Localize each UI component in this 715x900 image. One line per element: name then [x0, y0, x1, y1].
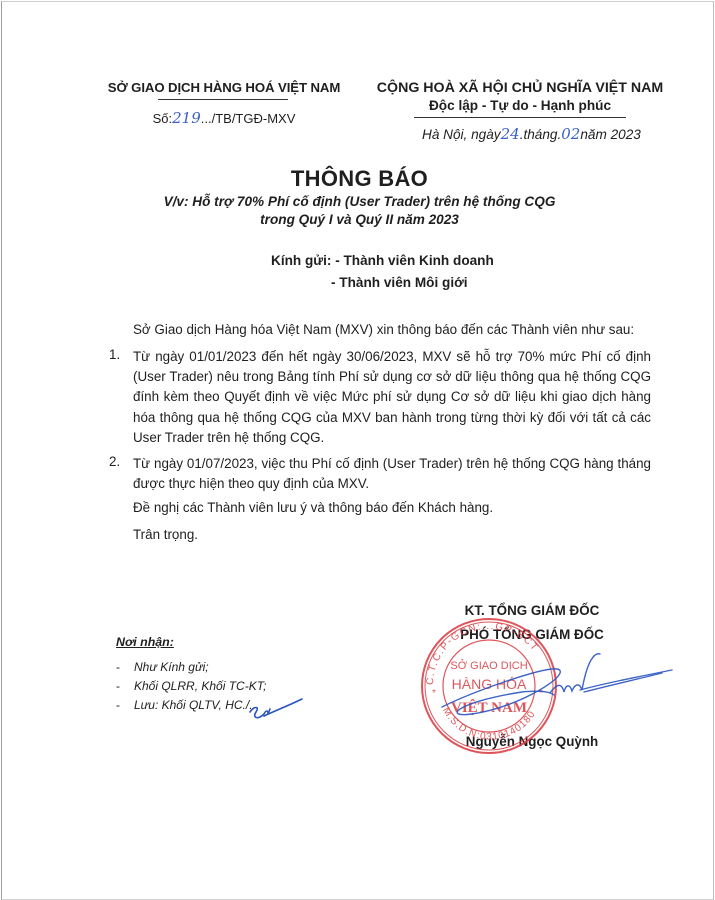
document-number: Số:219.../TB/TGĐ-MXV	[98, 109, 350, 127]
recipient-text: Như Kính gửi;	[134, 660, 209, 674]
svg-text:SỞ GIAO DỊCH: SỞ GIAO DỊCH	[450, 659, 527, 672]
greeting-line-1: Kính gửi: - Thành viên Kinh doanh	[271, 253, 494, 268]
motto-underline	[414, 117, 626, 118]
recipients-title: Nơi nhận:	[116, 635, 174, 649]
date-year: năm 2023	[580, 127, 640, 142]
svg-text:VIỆT NAM: VIỆT NAM	[451, 699, 527, 716]
signature-on-behalf: KT. TỔNG GIÁM ĐỐC	[402, 603, 662, 618]
greeting-line-2: - Thành viên Môi giới	[331, 275, 468, 290]
recipient-text: Khối QLRR, Khối TC-KT;	[134, 679, 266, 693]
document-date: Hà Nội, ngày24.tháng.02năm 2023	[422, 125, 641, 143]
list-dash: -	[116, 679, 134, 693]
list-dash: -	[116, 698, 134, 712]
date-place: Hà Nội, ngày	[422, 127, 501, 142]
subject-line-2: trong Quý I và Quý II năm 2023	[2, 212, 715, 227]
organization-underline	[158, 99, 288, 100]
motto: Độc lập - Tự do - Hạnh phúc	[370, 98, 670, 113]
regards: Trân trọng.	[133, 527, 198, 542]
document-number-handwritten: 219	[172, 109, 201, 127]
intro-paragraph: Sở Giao dịch Hàng hóa Việt Nam (MXV) xin…	[133, 322, 634, 337]
recipient-item: -Lưu: Khối QLTV, HC./.	[116, 698, 253, 712]
signature-position: PHÓ TỔNG GIÁM ĐỐC	[402, 627, 662, 642]
date-month-label: .tháng.	[520, 127, 562, 142]
document-number-suffix: .../TB/TGĐ-MXV	[201, 111, 296, 126]
item-paragraph-1: Từ ngày 01/01/2023 đến hết ngày 30/06/20…	[133, 347, 651, 448]
svg-text:*: *	[432, 688, 436, 699]
recipient-item: -Như Kính gửi;	[116, 660, 209, 674]
item-number: 1.	[109, 347, 120, 362]
svg-text:HÀNG HÓA: HÀNG HÓA	[452, 676, 527, 692]
item-paragraph-2: Từ ngày 01/07/2023, việc thu Phí cố định…	[133, 454, 651, 494]
date-day: 24	[501, 125, 520, 143]
request-paragraph: Đề nghị các Thành viên lưu ý và thông bá…	[133, 500, 493, 515]
document-title: THÔNG BÁO	[2, 166, 715, 192]
list-dash: -	[116, 660, 134, 674]
recipient-text: Lưu: Khối QLTV, HC./.	[134, 698, 253, 712]
nation-title: CỘNG HOÀ XÃ HỘI CHỦ NGHĨA VIỆT NAM	[370, 80, 670, 96]
document-number-prefix: Số:	[153, 111, 173, 126]
signer-name: Nguyễn Ngọc Quỳnh	[402, 734, 662, 749]
subject-line-1: V/v: Hỗ trợ 70% Phí cố định (User Trader…	[2, 194, 715, 209]
initials-icon	[250, 699, 302, 718]
svg-text:*: *	[539, 688, 543, 699]
item-number: 2.	[109, 454, 120, 469]
signature-icon	[442, 654, 672, 715]
date-month: 02	[561, 125, 580, 143]
recipient-item: -Khối QLRR, Khối TC-KT;	[116, 679, 266, 693]
organization-name: SỞ GIAO DỊCH HÀNG HOÁ VIỆT NAM	[98, 80, 350, 95]
document-page: SỞ GIAO DỊCH HÀNG HOÁ VIỆT NAM Số:219...…	[1, 1, 714, 900]
